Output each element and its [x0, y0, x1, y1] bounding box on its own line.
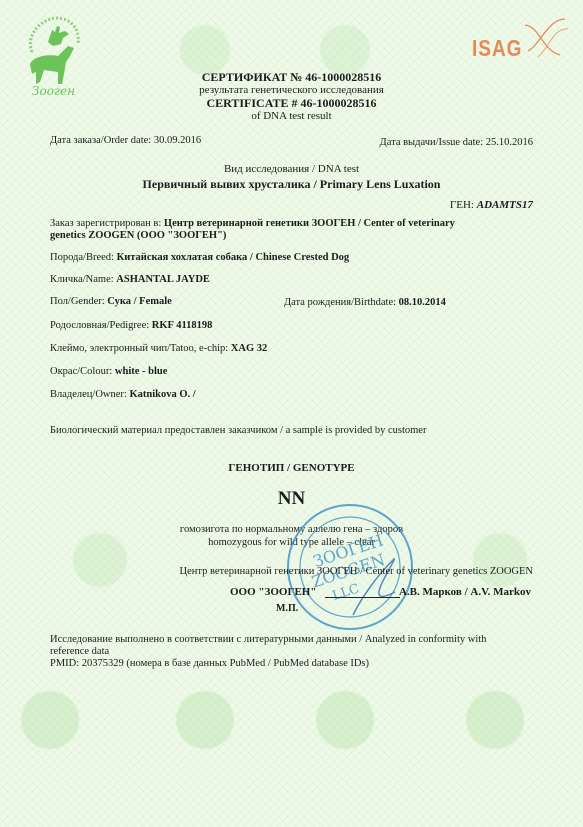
dna-test-label: Вид исследования / DNA test: [0, 163, 583, 175]
owner-value: Katnikova O. /: [129, 389, 195, 400]
pmid: PMID: 20375329 (номера в базе данных Pub…: [50, 658, 369, 669]
registered-value-2: genetics ZOOGEN (ООО "ЗООГЕН"): [50, 230, 226, 241]
breed-value: Китайская хохлатая собака / Chinese Cres…: [117, 252, 350, 263]
gene-value: ADAMTS17: [477, 199, 533, 211]
field-name: Кличка/Name: ASHANTAL JAYDE: [50, 274, 210, 285]
seal-mark: М.П.: [276, 603, 298, 614]
name-value: ASHANTAL JAYDE: [116, 274, 210, 285]
order-date: Дата заказа/Order date: 30.09.2016: [50, 135, 201, 146]
signature-line: [325, 597, 400, 598]
field-birthdate: Дата рождения/Birthdate: 08.10.2014: [284, 297, 446, 308]
signature-org: ООО "ЗООГЕН": [230, 586, 316, 598]
issue-date: Дата выдачи/Issue date: 25.10.2016: [380, 137, 533, 148]
birthdate-label: Дата рождения/Birthdate:: [284, 297, 396, 308]
dna-test-name: Первичный вывих хрусталика / Primary Len…: [0, 177, 583, 192]
colour-label: Окрас/Colour:: [50, 366, 112, 377]
breed-label: Порода/Breed:: [50, 252, 114, 263]
certificate-number-en: CERTIFICATE # 46-1000028516: [0, 96, 583, 111]
field-owner: Владелец/Owner: Katnikova O. /: [50, 389, 196, 400]
colour-value: white - blue: [115, 366, 168, 377]
sample-note: Биологический материал предоставлен зака…: [50, 425, 426, 436]
registered-value-1: Центр ветеринарной генетики ЗООГЕН / Cen…: [164, 218, 455, 229]
gender-value: Сука / Female: [107, 296, 172, 307]
issue-date-value: 25.10.2016: [486, 137, 533, 148]
registered-line2: genetics ZOOGEN (ООО "ЗООГЕН"): [50, 230, 226, 241]
gene-label: ГЕН:: [450, 199, 474, 211]
field-breed: Порода/Breed: Китайская хохлатая собака …: [50, 252, 349, 263]
conformity-line1: Исследование выполнено в соответствии с …: [50, 634, 486, 645]
field-pedigree: Родословная/Pedigree: RKF 4118198: [50, 320, 212, 331]
order-date-label: Дата заказа/Order date:: [50, 135, 151, 146]
certificate-subtitle-ru: результата генетического исследования: [0, 84, 583, 96]
name-label: Кличка/Name:: [50, 274, 114, 285]
birthdate-value: 08.10.2014: [399, 297, 446, 308]
certificate-number-ru: СЕРТИФИКАТ № 46-1000028516: [0, 70, 583, 85]
field-gender: Пол/Gender: Сука / Female: [50, 296, 172, 307]
isag-logo: ISAG: [460, 15, 570, 65]
conformity-line2: reference data: [50, 646, 109, 657]
gene: ГЕН: ADAMTS17: [450, 199, 533, 211]
dna-helix-logo-icon: [520, 15, 570, 60]
genotype-heading: ГЕНОТИП / GENOTYPE: [0, 462, 583, 474]
registered-label: Заказ зарегистрирован в:: [50, 218, 161, 229]
pedigree-label: Родословная/Pedigree:: [50, 320, 149, 331]
chip-value: XAG 32: [231, 343, 267, 354]
owner-label: Владелец/Owner:: [50, 389, 127, 400]
registered-line1: Заказ зарегистрирован в: Центр ветеринар…: [50, 218, 455, 229]
gender-label: Пол/Gender:: [50, 296, 105, 307]
certificate-subtitle-en: of DNA test result: [0, 110, 583, 122]
signature-signer: А.В. Марков / A.V. Markov: [399, 586, 531, 598]
pedigree-value: RKF 4118198: [152, 320, 213, 331]
field-colour: Окрас/Colour: white - blue: [50, 366, 167, 377]
signature-center: Центр ветеринарной генетики ЗООГЕН / Cen…: [180, 566, 533, 577]
chip-label: Клеймо, электронный чип/Tatoo, e-chip:: [50, 343, 228, 354]
certificate-page: Зооген ISAG СЕРТИФИКАТ № 46-1000028516 р…: [0, 0, 583, 827]
field-chip: Клеймо, электронный чип/Tatoo, e-chip: X…: [50, 343, 267, 354]
isag-logo-text: ISAG: [472, 37, 522, 63]
order-date-value: 30.09.2016: [154, 135, 201, 146]
issue-date-label: Дата выдачи/Issue date:: [380, 137, 484, 148]
